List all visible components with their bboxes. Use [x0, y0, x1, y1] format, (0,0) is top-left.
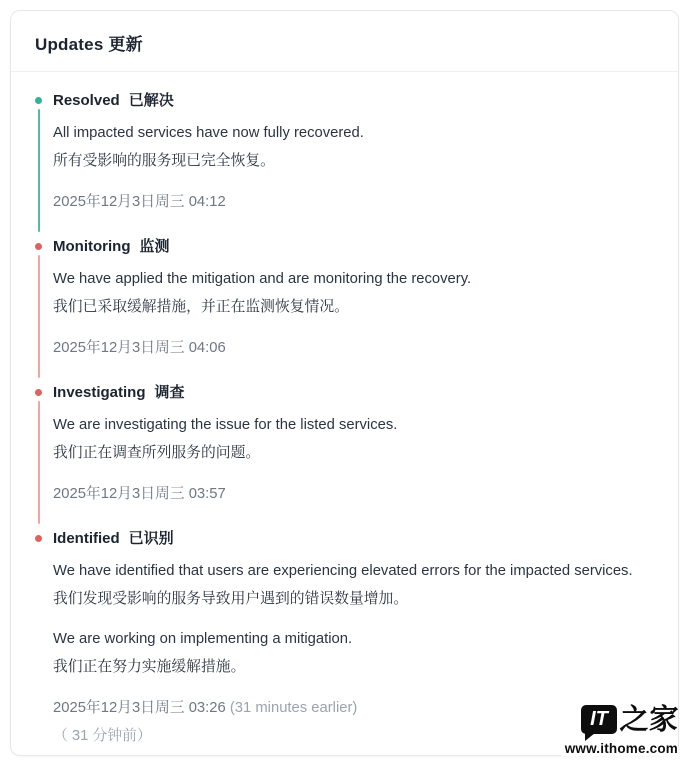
entry-status-heading: Identified 已识别: [53, 529, 654, 549]
ithome-it-badge-icon: IT: [581, 705, 617, 734]
updates-timeline: Resolved 已解决 All impacted services have …: [11, 72, 678, 746]
status-dot-identified: [35, 535, 42, 542]
entry-message-en: We are investigating the issue for the l…: [53, 415, 654, 435]
timeline-connector: [38, 255, 40, 378]
card-title: Updates 更新: [11, 11, 678, 72]
entry-message-zh: 我们正在调查所列服务的问题。: [53, 443, 654, 463]
status-label-en: Monitoring: [53, 237, 130, 257]
timeline-entry-resolved: Resolved 已解决 All impacted services have …: [35, 91, 654, 237]
entry-timestamp: 2025年12月3日周三 04:12: [53, 192, 654, 212]
ithome-url: www.ithome.com: [565, 741, 678, 756]
timeline-connector: [38, 401, 40, 524]
entry-message-zh: 所有受影响的服务现已完全恢复。: [53, 151, 654, 171]
entry-message-zh: 我们发现受影响的服务导致用户遇到的错误数量增加。: [53, 589, 654, 609]
status-dot-resolved: [35, 97, 42, 104]
ithome-logo: IT 之家: [581, 705, 678, 734]
status-dot-monitoring: [35, 243, 42, 250]
status-label-en: Resolved: [53, 91, 120, 111]
timeline-entry-investigating: Investigating 调查 We are investigating th…: [35, 383, 654, 529]
status-label-zh: 已解决: [129, 91, 174, 111]
status-label-zh: 监测: [139, 237, 169, 257]
entry-message-en: All impacted services have now fully rec…: [53, 123, 654, 143]
entry-timestamp: 2025年12月3日周三 03:57: [53, 484, 654, 504]
entry-message-zh: 我们已采取缓解措施，并正在监测恢复情况。: [53, 297, 654, 317]
timestamp-relative-en: (31 minutes earlier): [230, 700, 357, 716]
timeline-connector: [38, 109, 40, 232]
timeline-entry-monitoring: Monitoring 监测 We have applied the mitiga…: [35, 237, 654, 383]
entry-message-zh: 我们正在努力实施缓解措施。: [53, 657, 654, 677]
updates-card: Updates 更新 Resolved 已解决 All impacted ser…: [10, 10, 679, 756]
status-dot-investigating: [35, 389, 42, 396]
entry-status-heading: Investigating 调查: [53, 383, 654, 403]
entry-message-en: We are working on implementing a mitigat…: [53, 629, 654, 649]
entry-message-en: We have applied the mitigation and are m…: [53, 269, 654, 289]
entry-timestamp: 2025年12月3日周三 04:06: [53, 338, 654, 358]
status-label-zh: 调查: [155, 383, 185, 403]
ithome-watermark: IT 之家 www.ithome.com: [561, 705, 678, 756]
status-label-en: Identified: [53, 529, 120, 549]
entry-status-heading: Resolved 已解决: [53, 91, 654, 111]
timestamp-main: 2025年12月3日周三 03:26: [53, 700, 226, 716]
entry-status-heading: Monitoring 监测: [53, 237, 654, 257]
entry-message-en: We have identified that users are experi…: [53, 561, 654, 581]
ithome-zhijia-glyphs: 之家: [619, 705, 679, 734]
status-label-en: Investigating: [53, 383, 146, 403]
status-label-zh: 已识别: [129, 529, 174, 549]
